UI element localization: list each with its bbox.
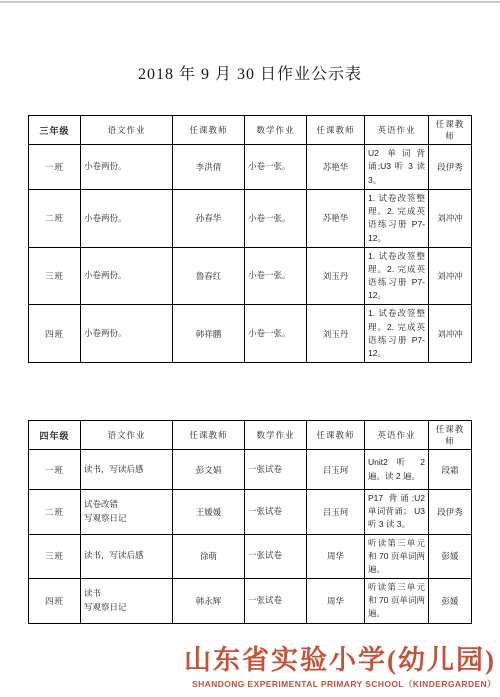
english-homework: 听读第三单元和 70 页单词两遍。	[365, 579, 429, 624]
school-name-english: SHANDONG EXPERIMENTAL PRIMARY SCHOOL（KIN…	[36, 678, 496, 690]
math-teacher: 周华	[307, 534, 365, 579]
english-teacher: 段伊秀	[429, 145, 472, 190]
chinese-homework: 小卷两份。	[81, 247, 173, 305]
class-label: 二班	[29, 490, 81, 535]
math-homework: 小卷一张。	[245, 145, 307, 190]
english-teacher: 刘冲冲	[429, 305, 472, 363]
column-header-teacher: 任课教师	[307, 421, 365, 450]
chinese-teacher: 鲁春红	[173, 247, 245, 305]
chinese-teacher: 李洪倩	[173, 145, 245, 190]
chinese-homework: 小卷两份。	[81, 145, 173, 190]
column-header-teacher: 任课教师	[429, 116, 472, 145]
chinese-teacher: 徐萌	[173, 534, 245, 579]
english-teacher: 刘冲冲	[429, 190, 472, 248]
column-header-teacher: 任课教师	[173, 421, 245, 450]
chinese-homework: 读书，写读后感	[81, 534, 173, 579]
column-header-chinese: 语文作业	[81, 116, 173, 145]
table-header-row: 四年级 语文作业 任课教师 数学作业 任课教师 英语作业 任课教师	[29, 421, 472, 450]
table-header-row: 三年级 语文作业 任课教师 数学作业 任课教师 英语作业 任课教师	[29, 116, 472, 145]
english-homework: 1. 试卷改签整理。2. 完成英语练习册 P7-12。	[365, 247, 429, 305]
english-teacher: 彭媛	[429, 534, 472, 579]
math-teacher: 周华	[307, 579, 365, 624]
column-header-teacher: 任课教师	[429, 421, 472, 450]
english-homework: U2 单词背诵;U3 听 3 读 3。	[365, 145, 429, 190]
chinese-teacher: 韩永辉	[173, 579, 245, 624]
table-row: 二班 小卷两份。 孙春华 小卷一张。 苏艳华 1. 试卷改签整理。2. 完成英语…	[29, 190, 472, 248]
column-header-math: 数学作业	[245, 421, 307, 450]
homework-table-grade3: 三年级 语文作业 任课教师 数学作业 任课教师 英语作业 任课教师 一班 小卷两…	[28, 115, 472, 363]
chinese-teacher: 彭文娟	[173, 450, 245, 490]
chinese-homework: 小卷两份。	[81, 190, 173, 248]
math-homework: 小卷一张。	[245, 190, 307, 248]
math-teacher: 吕玉珂	[307, 490, 365, 535]
english-homework: 1. 试卷改签整理。2. 完成英语练习册 P7-12。	[365, 190, 429, 248]
class-label: 三班	[29, 247, 81, 305]
chinese-teacher: 孙春华	[173, 190, 245, 248]
class-label: 三班	[29, 534, 81, 579]
school-name-chinese: 山东省实验小学(幼儿园)	[36, 646, 496, 676]
column-header-chinese: 语文作业	[81, 421, 173, 450]
math-teacher: 吕玉珂	[307, 450, 365, 490]
math-homework: 一张试卷	[245, 450, 307, 490]
math-homework: 一张试卷	[245, 490, 307, 535]
column-header-teacher: 任课教师	[173, 116, 245, 145]
math-teacher: 刘玉丹	[307, 247, 365, 305]
column-header-english: 英语作业	[365, 116, 429, 145]
math-homework: 小卷一张。	[245, 305, 307, 363]
school-logo: 山东省实验小学(幼儿园) SHANDONG EXPERIMENTAL PRIMA…	[36, 646, 496, 690]
table-row: 一班 小卷两份。 李洪倩 小卷一张。 苏艳华 U2 单词背诵;U3 听 3 读 …	[29, 145, 472, 190]
column-header-math: 数学作业	[245, 116, 307, 145]
math-teacher: 苏艳华	[307, 190, 365, 248]
chinese-teacher: 王媛媛	[173, 490, 245, 535]
math-homework: 小卷一张。	[245, 247, 307, 305]
english-homework: 听读第三单元和 70 页单词两遍。	[365, 534, 429, 579]
table-row: 四班 读书 写观察日记 韩永辉 一张试卷 周华 听读第三单元和 70 页单词两遍…	[29, 579, 472, 624]
english-teacher: 彭媛	[429, 579, 472, 624]
page-top-divider	[0, 1, 500, 3]
english-teacher: 段伊秀	[429, 490, 472, 535]
class-label: 四班	[29, 305, 81, 363]
column-header-teacher: 任课教师	[307, 116, 365, 145]
math-teacher: 苏艳华	[307, 145, 365, 190]
table-row: 四班 小卷两份。 韩祥鹏 小卷一张。 刘玉丹 1. 试卷改签整理。2. 完成英语…	[29, 305, 472, 363]
class-label: 一班	[29, 145, 81, 190]
table-row: 三班 小卷两份。 鲁春红 小卷一张。 刘玉丹 1. 试卷改签整理。2. 完成英语…	[29, 247, 472, 305]
column-header-english: 英语作业	[365, 421, 429, 450]
table-row: 二班 试卷改错 写观察日记 王媛媛 一张试卷 吕玉珂 P17 背诵;U2 单词背…	[29, 490, 472, 535]
class-label: 二班	[29, 190, 81, 248]
english-teacher: 段霜	[429, 450, 472, 490]
table-row: 一班 读书，写读后感 彭文娟 一张试卷 吕玉珂 Unit2 听 2 遍。读 2 …	[29, 450, 472, 490]
english-homework: Unit2 听 2 遍。读 2 遍。	[365, 450, 429, 490]
chinese-homework: 小卷两份。	[81, 305, 173, 363]
grade-label: 四年级	[29, 421, 81, 450]
chinese-homework: 试卷改错 写观察日记	[81, 490, 173, 535]
chinese-teacher: 韩祥鹏	[173, 305, 245, 363]
chinese-homework: 读书 写观察日记	[81, 579, 173, 624]
page-title: 2018 年 9 月 30 日作业公示表	[0, 61, 500, 84]
math-teacher: 刘玉丹	[307, 305, 365, 363]
math-homework: 一张试卷	[245, 534, 307, 579]
class-label: 四班	[29, 579, 81, 624]
homework-table-grade4: 四年级 语文作业 任课教师 数学作业 任课教师 英语作业 任课教师 一班 读书，…	[28, 420, 472, 624]
grade-label: 三年级	[29, 116, 81, 145]
chinese-homework: 读书，写读后感	[81, 450, 173, 490]
table-row: 三班 读书，写读后感 徐萌 一张试卷 周华 听读第三单元和 70 页单词两遍。 …	[29, 534, 472, 579]
math-homework: 一张试卷	[245, 579, 307, 624]
english-homework: P17 背诵;U2 单词背诵； U3 听 3 读 3。	[365, 490, 429, 535]
english-homework: 1. 试卷改签整理。2. 完成英语练习册 P7-12。	[365, 305, 429, 363]
class-label: 一班	[29, 450, 81, 490]
english-teacher: 刘冲冲	[429, 247, 472, 305]
